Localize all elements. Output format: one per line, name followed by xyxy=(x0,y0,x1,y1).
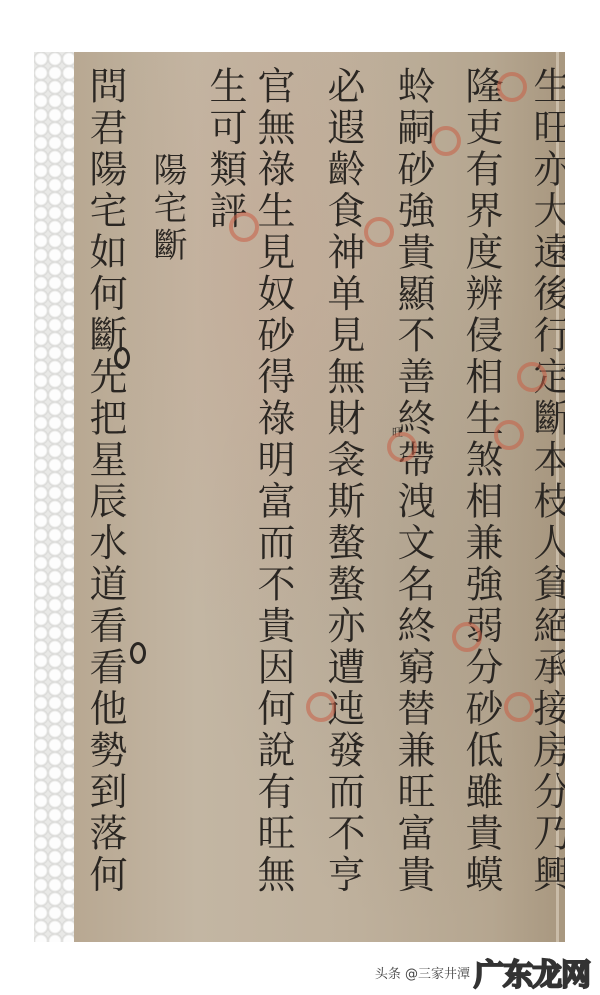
manuscript-photo: 生旺亦大遠後行定斷本枝人貧絕承接房分乃興 隆吏有界度辨侵相生煞相兼強弱分砂低雖貴… xyxy=(34,52,565,942)
watermark-sub: 头条 @三家井潭 xyxy=(375,963,470,982)
red-seal-circle xyxy=(364,217,394,247)
text-column-3: 蛉嗣砂強貴顯不善終帶洩文名終窮替兼旺富貴 xyxy=(394,66,432,896)
red-seal-circle xyxy=(504,692,534,722)
manuscript-paper: 生旺亦大遠後行定斷本枝人貧絕承接房分乃興 隆吏有界度辨侵相生煞相兼強弱分砂低雖貴… xyxy=(74,52,565,942)
text-column-4: 必遐齡食神单見無財衾斯螯螯亦遭迍發而不亨 xyxy=(324,66,362,896)
styrofoam-background xyxy=(34,52,76,942)
ink-punctuation-circle xyxy=(130,642,146,664)
section-heading: 陽宅斷 xyxy=(150,152,184,265)
red-seal-circle xyxy=(452,622,482,652)
red-seal-circle xyxy=(497,72,527,102)
text-column-8: 問君陽宅如何斷先把星辰水道看看他勢到落何 xyxy=(86,66,124,896)
red-seal-circle xyxy=(229,212,259,242)
watermark-main: 广东龙网 xyxy=(474,950,590,994)
watermark: 头条 @三家井潭 广东龙网 xyxy=(375,950,590,994)
red-seal-circle xyxy=(431,126,461,156)
red-seal-circle xyxy=(387,432,417,462)
text-column-6: 生可類評 xyxy=(206,66,244,232)
red-seal-circle xyxy=(306,692,336,722)
text-column-2: 隆吏有界度辨侵相生煞相兼強弱分砂低雖貴蟆 xyxy=(462,66,500,896)
ink-punctuation-circle xyxy=(114,347,130,369)
red-seal-circle xyxy=(494,420,524,450)
red-seal-circle xyxy=(517,362,547,392)
text-column-5: 官無祿生見奴砂得祿明富而不貴因何說有旺無 xyxy=(254,66,292,896)
text-column-1: 生旺亦大遠後行定斷本枝人貧絕承接房分乃興 xyxy=(530,66,565,896)
